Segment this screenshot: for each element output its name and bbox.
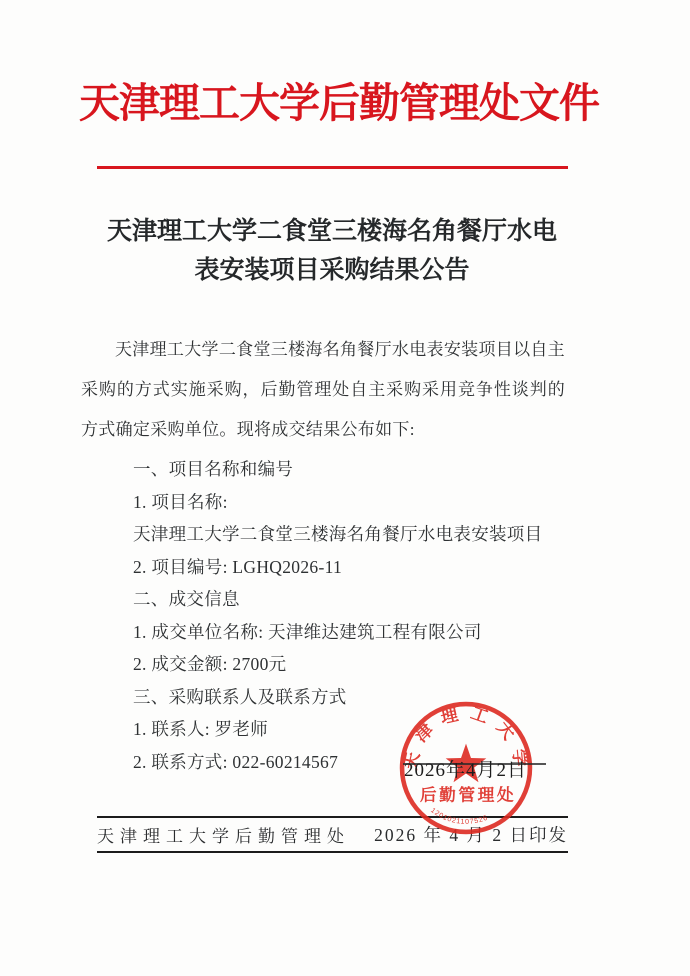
svg-text:1201021107526: 1201021107526 [429, 806, 489, 826]
body-line-project-name-label: 1. 项目名称: [81, 486, 565, 519]
footer-issuer: 天津理工大学后勤管理处 [97, 822, 350, 847]
body-line-project-number: 2. 项目编号: LGHQ2026-11 [81, 551, 565, 584]
document-page: 天津理工大学后勤管理处文件 天津理工大学二食堂三楼海名角餐厅水电 表安装项目采购… [0, 0, 690, 976]
stamp-department: 后勤管理处 [420, 784, 516, 804]
body-line-project-name: 天津理工大学二食堂三楼海名角餐厅水电表安装项目 [81, 518, 565, 551]
letterhead-title: 天津理工大学后勤管理处文件 [0, 70, 678, 129]
body-line-section-1: 一、项目名称和编号 [81, 453, 565, 486]
intro-paragraph: 天津理工大学二食堂三楼海名角餐厅水电表安装项目以自主采购的方式实施采购，后勤管理… [81, 330, 565, 450]
body-line-winning-amount: 2. 成交金额: 2700元 [81, 648, 565, 681]
red-divider [97, 166, 568, 169]
document-title-line2: 表安装项目采购结果公告 [0, 251, 664, 290]
document-title: 天津理工大学二食堂三楼海名角餐厅水电 表安装项目采购结果公告 [0, 212, 664, 290]
stamp-serial: 1201021107526 [429, 806, 489, 826]
document-title-line1: 天津理工大学二食堂三楼海名角餐厅水电 [0, 212, 664, 251]
body-line-winning-company: 1. 成交单位名称: 天津维达建筑工程有限公司 [81, 616, 565, 649]
issue-date: 2026年4月2日 [404, 755, 527, 782]
body-line-section-2: 二、成交信息 [81, 583, 565, 616]
